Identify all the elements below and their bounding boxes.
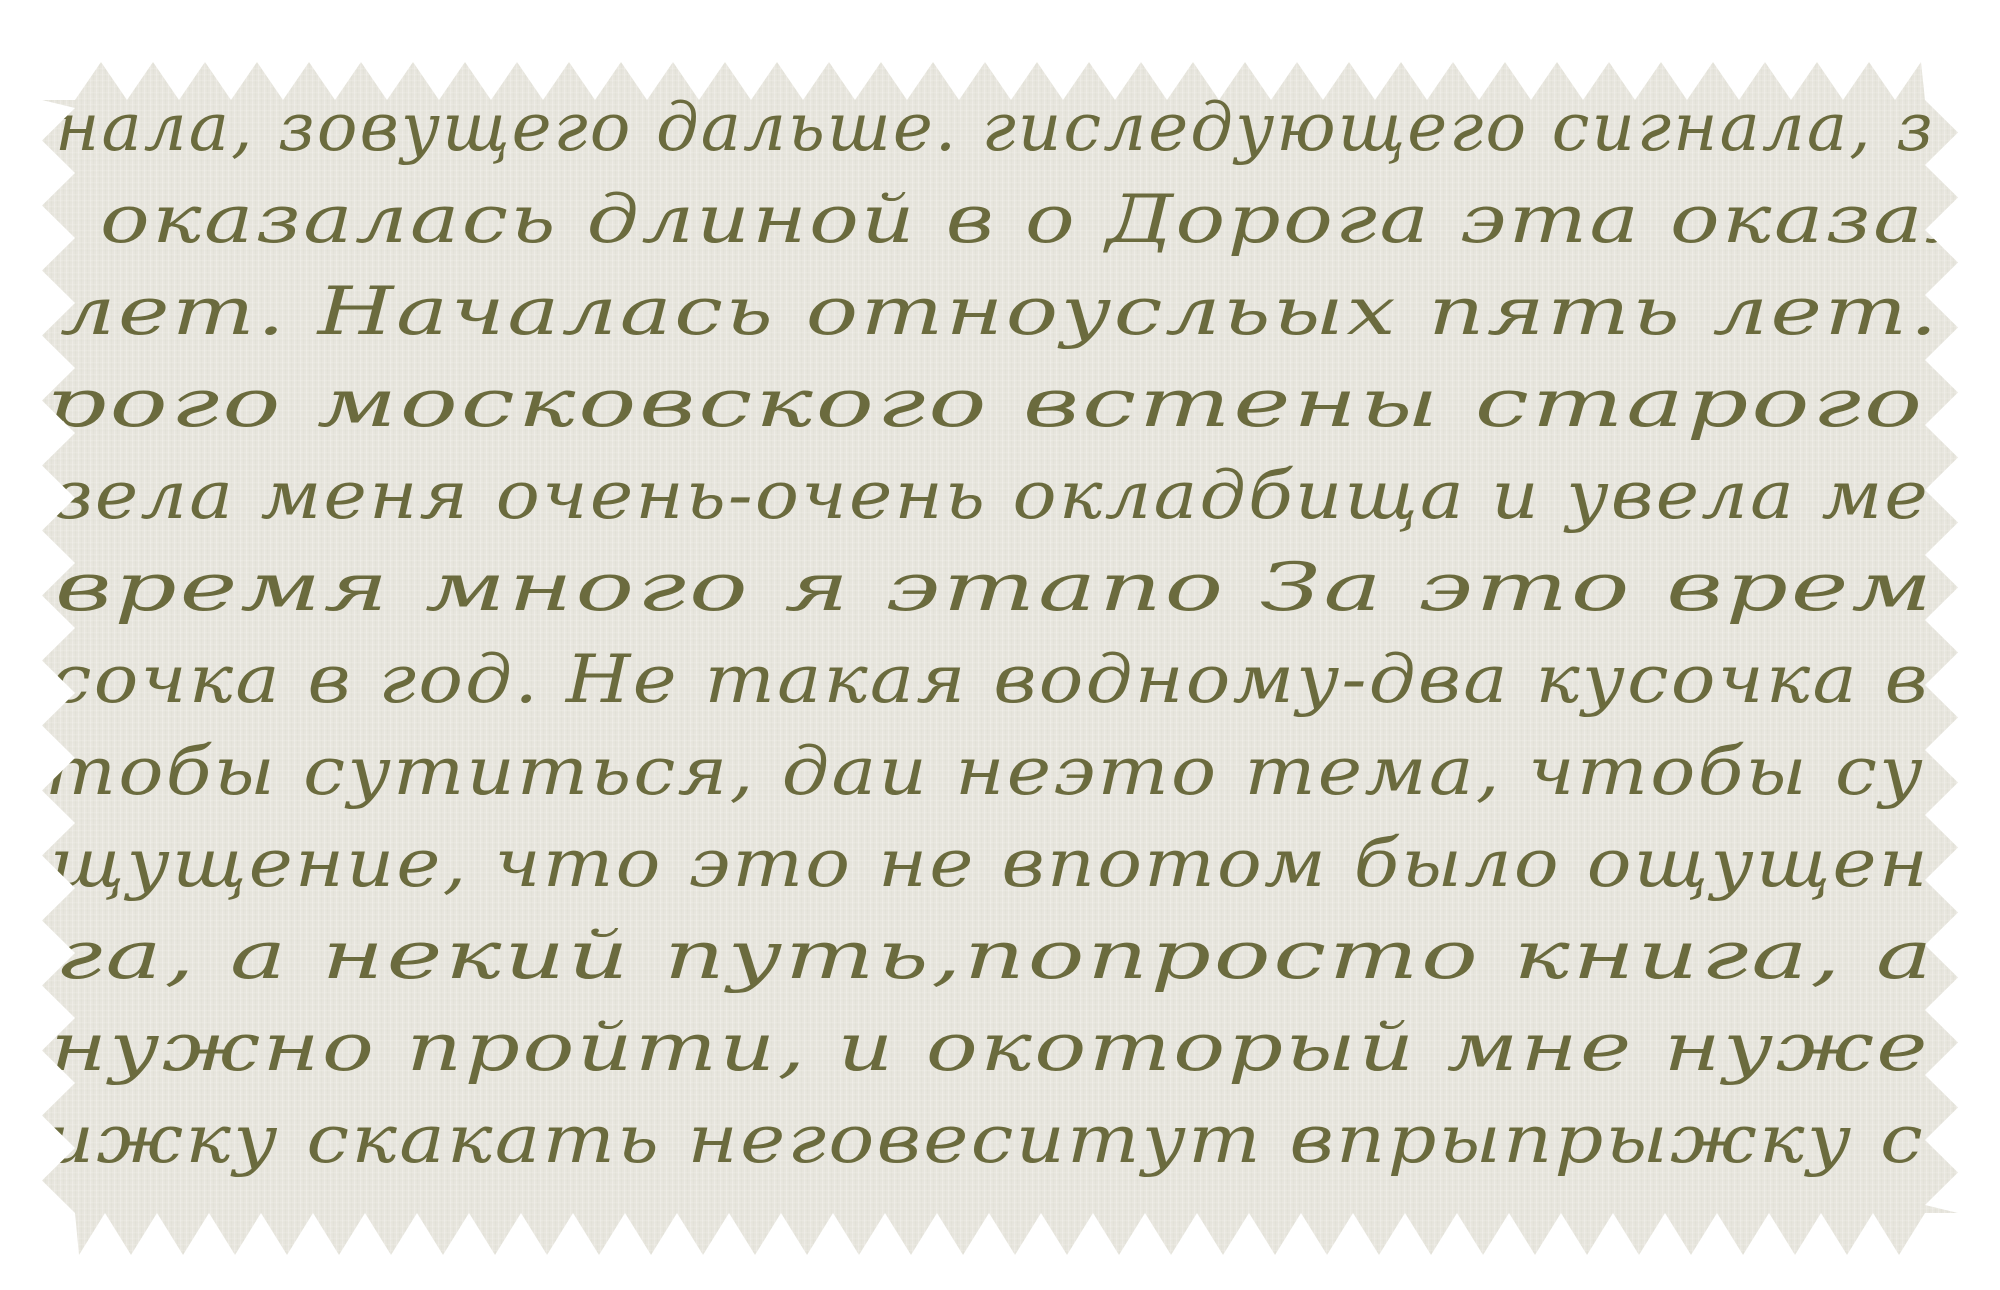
- fabric-swatch-graphic: нала, зовущего дальше. гиследующего сигн…: [0, 0, 2000, 1290]
- handwriting-line: лет. Началась отноусльых пять лет.: [60, 273, 1940, 350]
- handwriting-line: нужно пройти, и окоторый мне нуже: [50, 1009, 1930, 1086]
- handwriting-line: рого московского встены старого: [45, 365, 1925, 442]
- handwriting-line: оказалась длиной в о Дорога эта оказал: [100, 181, 1980, 258]
- handwriting-line: ижку скакать неговеситут впрыпрыжку с: [45, 1101, 1925, 1178]
- handwriting-line: сочка в год. Не такая водному-два кусочк…: [50, 641, 1930, 718]
- handwriting-line: нала, зовущего дальше. гиследующего сигн…: [55, 89, 1935, 166]
- handwriting-line: вела меня очень-очень окладбища и увела …: [50, 457, 1930, 534]
- handwriting-line: га, а некий путь,попросто книга, а: [55, 917, 1935, 994]
- handwriting-line: тобы сутиться, даи неэто тема, чтобы су: [45, 733, 1925, 810]
- handwriting-line: щущение, что это не впотом было ощущен: [50, 825, 1930, 902]
- handwriting-line: время много я этапо За это врем: [55, 549, 1935, 626]
- fabric-swatch: нала, зовущего дальше. гиследующего сигн…: [0, 0, 2000, 1290]
